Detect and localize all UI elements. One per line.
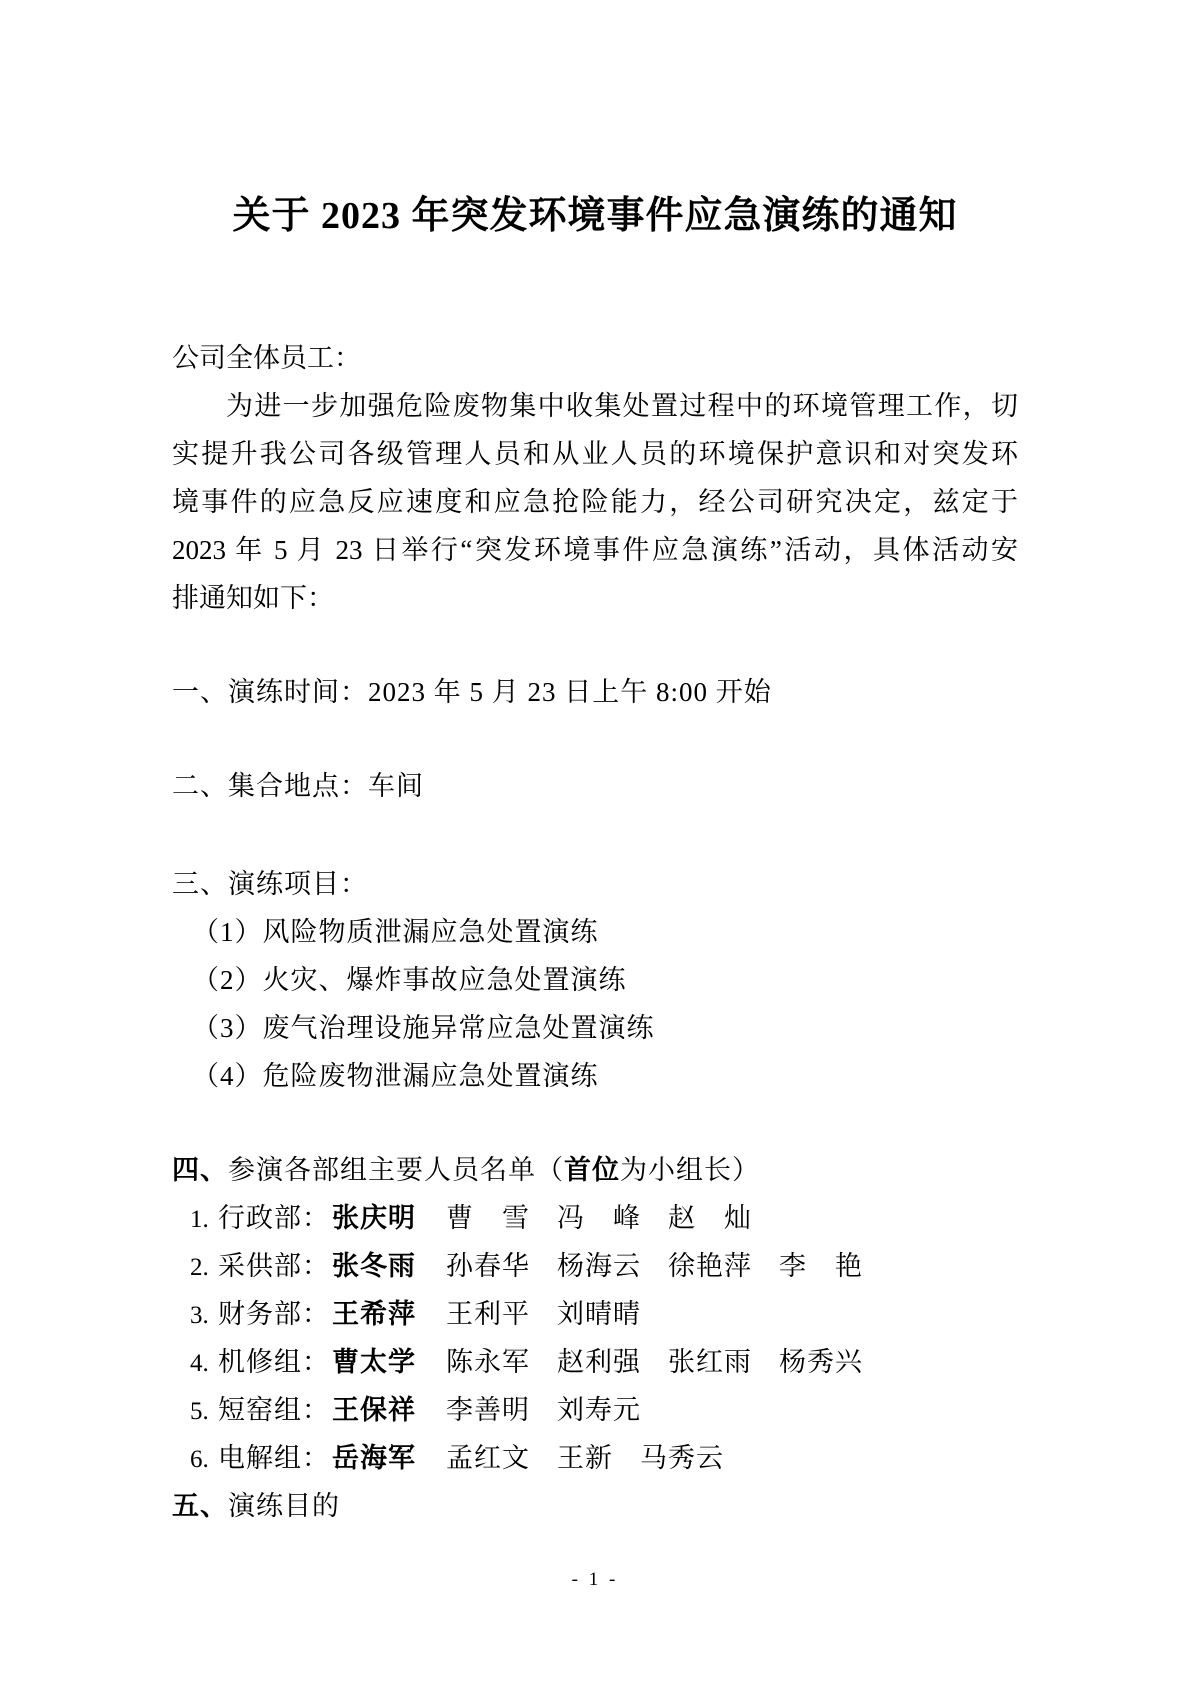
leader-name: 张冬雨 — [332, 1242, 416, 1290]
roster-row: 1. 行政部： 张庆明 曹 雪 冯 峰 赵 灿 — [172, 1194, 1018, 1242]
section-text: 演练目的 — [228, 1491, 340, 1521]
row-number: 3. — [190, 1292, 218, 1340]
section-text: 演练时间：2023 年 5 月 23 日上午 8:00 开始 — [228, 677, 772, 707]
member-name: 杨秀兴 — [779, 1338, 863, 1386]
department-label: 行政部： — [218, 1194, 330, 1242]
member-name: 陈永军 — [446, 1338, 530, 1386]
member-list: 陈永军 赵利强 张红雨 杨秀兴 — [446, 1338, 863, 1386]
member-name: 孙春华 — [446, 1242, 530, 1290]
member-name: 杨海云 — [557, 1242, 641, 1290]
leader-name: 王保祥 — [332, 1386, 416, 1434]
leader-name: 张庆明 — [332, 1194, 416, 1242]
member-name: 徐艳萍 — [668, 1242, 752, 1290]
section-label: 四、 — [172, 1155, 228, 1185]
page-number: - 1 - — [172, 1568, 1018, 1592]
leader-name: 岳海军 — [332, 1434, 416, 1482]
section-text: 演练项目： — [228, 869, 368, 899]
member-name: 孟红文 — [446, 1434, 530, 1482]
member-name: 冯 峰 — [557, 1194, 641, 1242]
member-list: 王利平 刘晴晴 — [446, 1290, 641, 1338]
department-label: 财务部： — [218, 1290, 330, 1338]
department-label: 采供部： — [218, 1242, 330, 1290]
paragraph-line: 2023 年 5 月 23 日举行“突发环境事件应急演练”活动，具体活动安 — [172, 526, 1018, 574]
paragraph-line: 境事件的应急反应速度和应急抢险能力，经公司研究决定，兹定于 — [172, 478, 1018, 526]
section-assembly-place: 二、集合地点：车间 — [172, 762, 1018, 810]
section-label: 二、 — [172, 771, 228, 801]
section-heading-time: 一、演练时间：2023 年 5 月 23 日上午 8:00 开始 — [172, 668, 1018, 716]
section-drill-time: 一、演练时间：2023 年 5 月 23 日上午 8:00 开始 — [172, 668, 1018, 716]
roster-row: 3. 财务部： 王希萍 王利平 刘晴晴 — [172, 1290, 1018, 1338]
row-number: 5. — [190, 1388, 218, 1436]
roster-row: 2. 采供部： 张冬雨 孙春华 杨海云 徐艳萍 李 艳 — [172, 1242, 1018, 1290]
member-name: 曹 雪 — [446, 1194, 530, 1242]
paragraph-line: 排通知如下： — [172, 574, 1018, 622]
drill-item: （2）火灾、爆炸事故应急处置演练 — [172, 956, 1018, 1004]
member-list: 孟红文 王新 马秀云 — [446, 1434, 724, 1482]
section-heading-purpose: 五、演练目的 — [172, 1482, 1018, 1530]
document-page: 关于 2023 年突发环境事件应急演练的通知 公司全体员工： 为进一步加强危险废… — [0, 0, 1190, 1683]
row-number: 2. — [190, 1244, 218, 1292]
section-heading-roster: 四、参演各部组主要人员名单（首位为小组长） — [172, 1146, 1018, 1194]
section-text: 集合地点：车间 — [228, 771, 424, 801]
intro-block: 公司全体员工： 为进一步加强危险废物集中收集处置过程中的环境管理工作，切 实提升… — [172, 334, 1018, 622]
section-label: 一、 — [172, 677, 228, 707]
member-list: 李善明 刘寿元 — [446, 1386, 641, 1434]
leader-name: 曹太学 — [332, 1338, 416, 1386]
drill-item: （1）风险物质泄漏应急处置演练 — [172, 908, 1018, 956]
section-heading-place: 二、集合地点：车间 — [172, 762, 1018, 810]
document-content: 关于 2023 年突发环境事件应急演练的通知 公司全体员工： 为进一步加强危险废… — [172, 0, 1018, 1592]
salutation: 公司全体员工： — [172, 334, 1018, 382]
member-name: 刘寿元 — [557, 1386, 641, 1434]
paragraph-line: 为进一步加强危险废物集中收集处置过程中的环境管理工作，切 — [172, 382, 1018, 430]
section-drill-items: 三、演练项目： （1）风险物质泄漏应急处置演练 （2）火灾、爆炸事故应急处置演练… — [172, 860, 1018, 1100]
section-text: 参演各部组主要人员名单（ — [228, 1155, 564, 1185]
member-name: 李善明 — [446, 1386, 530, 1434]
member-name: 王利平 — [446, 1290, 530, 1338]
department-label: 短窑组： — [218, 1386, 330, 1434]
department-label: 电解组： — [218, 1434, 330, 1482]
section-heading-items: 三、演练项目： — [172, 860, 1018, 908]
row-number: 4. — [190, 1340, 218, 1388]
document-title: 关于 2023 年突发环境事件应急演练的通知 — [172, 186, 1018, 246]
member-name: 赵利强 — [557, 1338, 641, 1386]
section-label: 三、 — [172, 869, 228, 899]
member-name: 张红雨 — [668, 1338, 752, 1386]
member-name: 马秀云 — [640, 1434, 724, 1482]
member-name: 王新 — [557, 1434, 613, 1482]
drill-item: （3）废气治理设施异常应急处置演练 — [172, 1004, 1018, 1052]
row-number: 1. — [190, 1196, 218, 1244]
section-label: 五、 — [172, 1491, 228, 1521]
member-list: 曹 雪 冯 峰 赵 灿 — [446, 1194, 752, 1242]
department-label: 机修组： — [218, 1338, 330, 1386]
leader-name: 王希萍 — [332, 1290, 416, 1338]
member-name: 李 艳 — [779, 1242, 863, 1290]
section-roster: 四、参演各部组主要人员名单（首位为小组长） 1. 行政部： 张庆明 曹 雪 冯 … — [172, 1146, 1018, 1482]
section-text: 为小组长） — [620, 1155, 760, 1185]
roster-row: 4. 机修组： 曹太学 陈永军 赵利强 张红雨 杨秀兴 — [172, 1338, 1018, 1386]
paragraph-line: 实提升我公司各级管理人员和从业人员的环境保护意识和对突发环 — [172, 430, 1018, 478]
section-bold-word: 首位 — [564, 1155, 620, 1185]
row-number: 6. — [190, 1436, 218, 1484]
member-name: 刘晴晴 — [557, 1290, 641, 1338]
roster-row: 5. 短窑组： 王保祥 李善明 刘寿元 — [172, 1386, 1018, 1434]
member-list: 孙春华 杨海云 徐艳萍 李 艳 — [446, 1242, 863, 1290]
member-name: 赵 灿 — [668, 1194, 752, 1242]
drill-item: （4）危险废物泄漏应急处置演练 — [172, 1052, 1018, 1100]
section-drill-purpose: 五、演练目的 — [172, 1482, 1018, 1530]
roster-row: 6. 电解组： 岳海军 孟红文 王新 马秀云 — [172, 1434, 1018, 1482]
